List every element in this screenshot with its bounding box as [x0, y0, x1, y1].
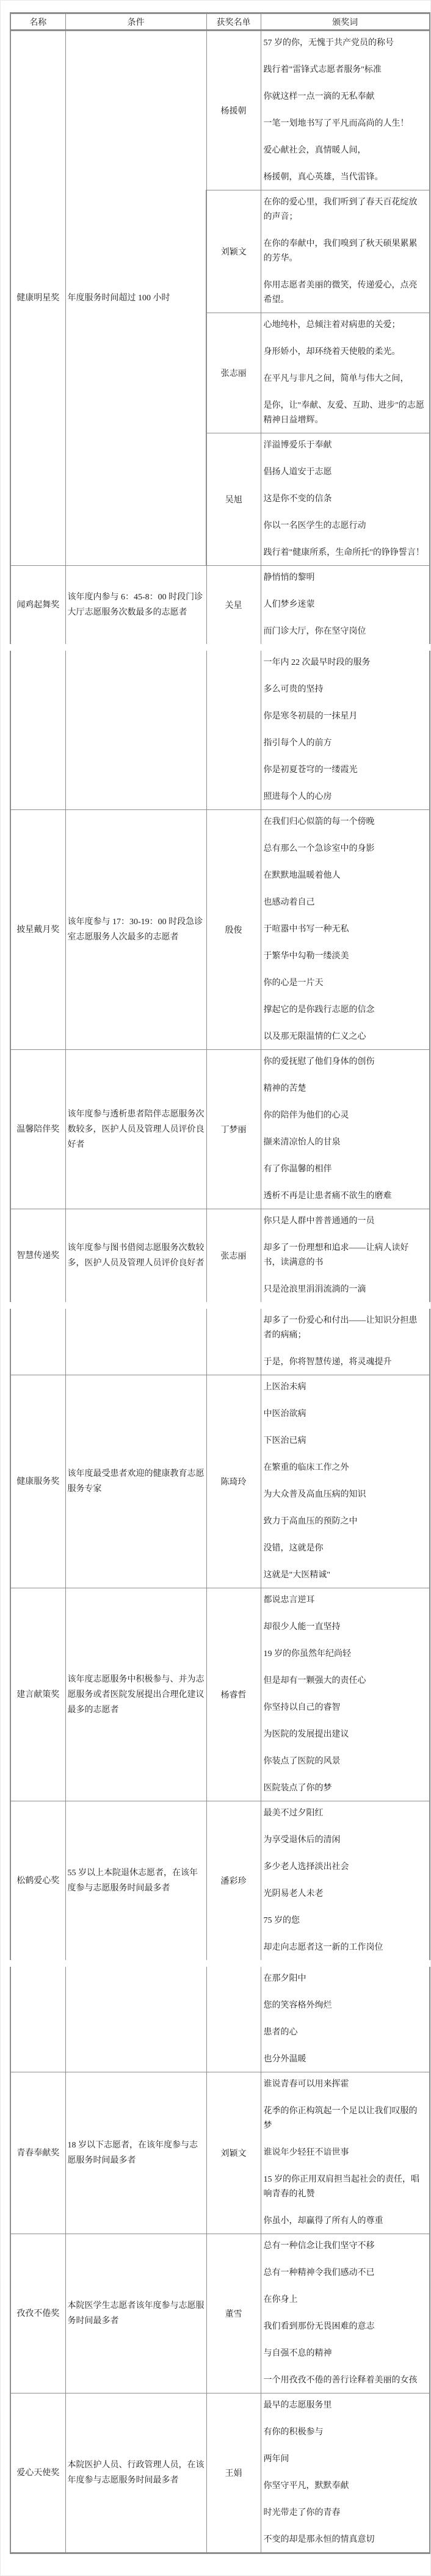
winner-name-cell: 陈琦玲 — [206, 1375, 261, 1588]
award-speech-cell: 静悄悄的黎明人们梦乡迷蒙而门诊大厅，你在坚守岗位 — [261, 566, 430, 645]
award-row-6: 健康服务奖 该年度最受患者欢迎的健康教育志愿服务专家 陈琦玲 上医治未病中医治欲… — [10, 1375, 430, 1588]
speech-line: 与自强不息的精神 — [264, 2346, 426, 2361]
winner-name-cell: 张志丽 — [206, 313, 261, 433]
award-row-2-continued: 一年内 22 次最早时段的服务多么可贵的坚持你是寒冬初晨的一抹星月指引每个人的前… — [10, 651, 430, 810]
award-condition-cell: 该年度参与 17：30-19：00 时段急诊室志愿服务人次最多的志愿者 — [65, 810, 206, 1050]
award-speech-cell: 最早的志愿服务里有你的积极参与两年间你坚守平凡，默默奉献时光带走了你的青春不变的… — [261, 2393, 430, 2553]
speech-line: 57 岁的你，无愧于共产党员的称号 — [264, 36, 426, 51]
award-name-cell-empty — [10, 651, 65, 810]
speech-line: 而门诊大厅，你在坚守岗位 — [264, 624, 426, 639]
speech-line: 一笔一划地书写了平凡而高尚的人生！ — [264, 117, 426, 131]
speech-line: 于喧嚣中书写一种无私 — [264, 922, 426, 937]
speech-line: 爱心献社会，真情暖人间， — [264, 143, 426, 158]
speech-line: 一个用孜孜不倦的善行诠释着美丽的女孩 — [264, 2373, 426, 2388]
speech-line: 只是沧浪里涓涓流淌的一滴 — [264, 1283, 426, 1297]
award-row-5-continued: 却多了一份爱心和付出——让知识分担患者的病痛；于是，你将智慧传递，将灵魂提升 — [10, 1309, 430, 1375]
award-row-10: 孜孜不倦奖 本院医学生志愿者该年度参与志愿服务时间最多者 董雪 总有一种信念让我… — [10, 2234, 430, 2393]
speech-line: 谁说青春可以用来挥霍 — [264, 2077, 426, 2092]
speech-line: 也分外温暖 — [264, 2052, 426, 2067]
award-condition-cell: 55 岁以上本院退休志愿者，在该年度参与志愿服务时间最多者 — [65, 1801, 206, 1961]
awards-table-page-1: 名称 条件 获奖名单 颁奖词 健康明星奖 年度服务时间超过 100 小时 杨援朝… — [10, 12, 430, 644]
speech-line: 心地纯朴，总倾注着对病患的关爱； — [264, 318, 426, 333]
speech-line: 15 岁的你正用双肩担当起社会的责任，唱响青春的礼赞 — [264, 2173, 426, 2202]
speech-line: 但是却有一颗强大的责任心 — [264, 1674, 426, 1688]
award-condition-cell: 该年度参与透析患者陪伴志愿服务次数较多，医护人员及管理人员评价良好者 — [65, 1050, 206, 1209]
award-speech-cell: 一年内 22 次最早时段的服务多么可贵的坚持你是寒冬初晨的一抹星月指引每个人的前… — [261, 651, 430, 810]
speech-line: 在你身上 — [264, 2293, 426, 2307]
award-name-cell-empty — [10, 1309, 65, 1375]
speech-line: 中医治欲病 — [264, 1407, 426, 1422]
speech-line: 静悄悄的黎明 — [264, 571, 426, 585]
award-condition-cell: 本院医学生志愿者该年度参与志愿服务时间最多者 — [65, 2234, 206, 2393]
award-speech-cell: 在你的爱心里，我们听到了春天百花绽放的声音；在你的奉献中，我们嗅到了秋天硕果累累… — [261, 190, 430, 313]
header-name-column: 名称 — [10, 13, 65, 31]
speech-line: 身形娇小，却环绕着天使般的柔光。 — [264, 345, 426, 360]
speech-line: 透析不再是让患者痛不欲生的磨难 — [264, 1189, 426, 1204]
speech-line: 一年内 22 次最早时段的服务 — [264, 656, 426, 670]
awards-table-page-2: 一年内 22 次最早时段的服务多么可贵的坚持你是寒冬初晨的一抹星月指引每个人的前… — [10, 651, 430, 1302]
winner-name-cell: 张志丽 — [206, 1209, 261, 1303]
speech-line: 75 岁的您 — [264, 1914, 426, 1928]
document-page: 名称 条件 获奖名单 颁奖词 健康明星奖 年度服务时间超过 100 小时 杨援朝… — [0, 0, 431, 2576]
award-name-cell: 青春奉献奖 — [10, 2072, 65, 2234]
award-condition-cell: 该年度参与图书借阅志愿服务次数较多，医护人员及管理人员评价良好者 — [65, 1209, 206, 1303]
speech-line: 不变的却是那永恒的情真意切 — [264, 2533, 426, 2547]
award-speech-cell: 总有一种信念让我们坚守不移总有一种精神令我们感动不已在你身上我们看到那份无畏困难… — [261, 2234, 430, 2393]
winner-name-cell: 刘颖文 — [206, 190, 261, 313]
speech-line: 指引每个人的前方 — [264, 736, 426, 751]
award-speech-cell: 都说忠言逆耳却很少人能一直坚持19 岁的你虽然年纪尚轻但是却有一颗强大的责任心你… — [261, 1588, 430, 1801]
award-name-cell: 智慧传递奖 — [10, 1209, 65, 1303]
winner-name-cell-empty — [206, 1309, 261, 1375]
speech-line: 倡扬人道安于志愿 — [264, 465, 426, 480]
speech-line: 为医院的发展提出建议 — [264, 1728, 426, 1742]
speech-line: 最早的志愿服务里 — [264, 2398, 426, 2413]
award-condition-cell-empty — [65, 1967, 206, 2072]
speech-line: 却很少人能一直坚持 — [264, 1620, 426, 1635]
speech-line: 你坚守平凡，默默奉献 — [264, 2479, 426, 2494]
award-speech-cell: 谁说青春可以用来挥霍花季的你正构筑起一个足以让我们叹服的梦谁说年少轻狂不谙世事1… — [261, 2072, 430, 2234]
award-name-cell: 温馨陪伴奖 — [10, 1050, 65, 1209]
speech-line: 有了你温馨的相伴 — [264, 1162, 426, 1177]
speech-line: 你装点了医院的风景 — [264, 1754, 426, 1769]
speech-line: 光阴易老人未老 — [264, 1887, 426, 1901]
award-speech-cell: 上医治未病中医治欲病下医治已病在繁重的临床工作之外为大众普及高血压病的知识致力于… — [261, 1375, 430, 1588]
award-speech-cell: 最美不过夕阳红为享受退休后的清闲多少老人选择淡出社会光阴易老人未老75 岁的您却… — [261, 1801, 430, 1961]
speech-line: 下医治已病 — [264, 1434, 426, 1449]
speech-line: 你是寒冬初晨的一抹星月 — [264, 709, 426, 724]
award-row-5: 智慧传递奖 该年度参与图书借阅志愿服务次数较多，医护人员及管理人员评价良好者 张… — [10, 1209, 430, 1303]
speech-line: 致力于高血压的预防之中 — [264, 1514, 426, 1529]
award-condition-cell: 18 岁以下志愿者，在该年度参与志愿服务时间最多者 — [65, 2072, 206, 2234]
speech-line: 杨援朝，真心英雄，当代雷锋。 — [264, 170, 426, 185]
winner-name-cell: 殷俊 — [206, 810, 261, 1050]
award-speech-cell: 你的爱抚慰了他们身体的创伤精神的苦楚你的陪伴为他们的心灵撷来清凉怡人的甘泉有了你… — [261, 1050, 430, 1209]
speech-line: 多少老人选择淡出社会 — [264, 1860, 426, 1875]
speech-line: 为大众普及高血压病的知识 — [264, 1488, 426, 1502]
award-row-8-continued: 在那夕阳中您的笑容格外绚烂患者的心也分外温暖 — [10, 1967, 430, 2072]
speech-line: 你以一名医学生的志愿行动 — [264, 519, 426, 534]
award-name-cell: 健康明星奖 — [10, 31, 65, 566]
speech-line: 照进每个人的心房 — [264, 790, 426, 805]
award-row-11: 爱心天使奖 本院医护人员、行政管理人员，在该年度参与志愿服务时间最多者 王娟 最… — [10, 2393, 430, 2553]
speech-line: 于是，你将智慧传递，将灵魂提升 — [264, 1355, 426, 1370]
speech-line: 践行着"健康所系，生命所托"的铮铮誓言！ — [264, 546, 426, 560]
award-condition-cell: 年度服务时间超过 100 小时 — [65, 31, 206, 566]
award-condition-cell-empty — [65, 651, 206, 810]
speech-line: 最美不过夕阳红 — [264, 1806, 426, 1821]
award-name-cell: 闻鸡起舞奖 — [10, 566, 65, 645]
speech-line: 在那夕阳中 — [264, 1972, 426, 1986]
winner-name-cell: 杨睿哲 — [206, 1588, 261, 1801]
speech-line: 却走向志愿者这一新的工作岗位 — [264, 1941, 426, 1955]
winner-name-cell: 潘彩珍 — [206, 1801, 261, 1961]
speech-line: 这是你不变的信条 — [264, 492, 426, 507]
award-name-cell: 松鹤爱心奖 — [10, 1801, 65, 1961]
award-name-cell: 孜孜不倦奖 — [10, 2234, 65, 2393]
speech-line: 践行着"雷锋式志愿者服务"标准 — [264, 63, 426, 78]
header-speech-column: 颁奖词 — [261, 13, 430, 31]
speech-line: 以及那无限温情的仁义之心 — [264, 1030, 426, 1044]
award-speech-cell: 在那夕阳中您的笑容格外绚烂患者的心也分外温暖 — [261, 1967, 430, 2072]
speech-line: 都说忠言逆耳 — [264, 1593, 426, 1608]
speech-line: 你的陪伴为他们的心灵 — [264, 1109, 426, 1123]
speech-line: 时光带走了你的青春 — [264, 2506, 426, 2520]
speech-line: 你是初夏苍穹的一缕霞光 — [264, 763, 426, 778]
speech-line: 上医治未病 — [264, 1380, 426, 1395]
award-name-cell: 披星戴月奖 — [10, 810, 65, 1050]
award-name-cell: 爱心天使奖 — [10, 2393, 65, 2553]
header-row: 名称 条件 获奖名单 颁奖词 — [10, 13, 430, 31]
award-condition-cell: 该年度最受患者欢迎的健康教育志愿服务专家 — [65, 1375, 206, 1588]
award-condition-cell: 该年度内参与 6：45-8：00 时段门诊大厅志愿服务次数最多的志愿者 — [65, 566, 206, 645]
speech-line: 两年间 — [264, 2452, 426, 2467]
award-row-7: 建言献策奖 该年度志愿服务中积极参与、并为志愿服务或者医院发展提出合理化建议最多… — [10, 1588, 430, 1801]
winner-name-cell: 刘颖文 — [206, 2072, 261, 2234]
speech-line: 我们看到那份无畏困难的意志 — [264, 2320, 426, 2334]
speech-line: 医院装点了你的梦 — [264, 1781, 426, 1796]
speech-line: 在你的奉献中，我们嗅到了秋天硕果累累的芳华。 — [264, 237, 426, 266]
speech-line: 人们梦乡迷蒙 — [264, 598, 426, 612]
speech-line: 却多了一份理想和追求——让病人读好书，读满意的书 — [264, 1241, 426, 1270]
winner-name-cell: 吴旭 — [206, 433, 261, 566]
header-winners-column: 获奖名单 — [206, 13, 261, 31]
awards-table-page-3: 却多了一份爱心和付出——让知识分担患者的病痛；于是，你将智慧传递，将灵魂提升 健… — [10, 1309, 430, 1960]
speech-line: 你就这样一点一滴的无私奉献 — [264, 90, 426, 104]
award-condition-cell: 本院医护人员、行政管理人员，在该年度参与志愿服务时间最多者 — [65, 2393, 206, 2553]
speech-line: 于繁华中勾勒一缕淡美 — [264, 949, 426, 964]
speech-line: 也感动着自己 — [264, 895, 426, 910]
speech-line: 撑起它的是你践行志愿的信念 — [264, 1003, 426, 1018]
award-condition-cell-empty — [65, 1309, 206, 1375]
speech-line: 为享受退休后的清闲 — [264, 1833, 426, 1848]
speech-line: 撷来清凉怡人的甘泉 — [264, 1135, 426, 1150]
award-name-cell: 健康服务奖 — [10, 1375, 65, 1588]
speech-line: 谁说年少轻狂不谙世事 — [264, 2146, 426, 2160]
speech-line: 这就是"大医精诚" — [264, 1568, 426, 1583]
speech-line: 你的爱抚慰了他们身体的创伤 — [264, 1055, 426, 1069]
speech-line: 却多了一份爱心和付出——让知识分担患者的病痛； — [264, 1314, 426, 1343]
winner-name-cell-empty — [206, 1967, 261, 2072]
winner-name-cell: 丁梦丽 — [206, 1050, 261, 1209]
award-row-9: 青春奉献奖 18 岁以下志愿者，在该年度参与志愿服务时间最多者 刘颖文 谁说青春… — [10, 2072, 430, 2234]
award-name-cell-empty — [10, 1967, 65, 2072]
speech-line: 多么可贵的坚持 — [264, 682, 426, 697]
award-speech-cell: 洋溢博爱乐于奉献倡扬人道安于志愿这是你不变的信条你以一名医学生的志愿行动践行着"… — [261, 433, 430, 566]
header-condition-column: 条件 — [65, 13, 206, 31]
award-row-2: 闻鸡起舞奖 该年度内参与 6：45-8：00 时段门诊大厅志愿服务次数最多的志愿… — [10, 566, 430, 645]
awards-table-page-4: 在那夕阳中您的笑容格外绚烂患者的心也分外温暖 青春奉献奖 18 岁以下志愿者，在… — [10, 1967, 430, 2554]
speech-line: 19 岁的你虽然年纪尚轻 — [264, 1647, 426, 1662]
award-condition-cell: 该年度志愿服务中积极参与、并为志愿服务或者医院发展提出合理化建议最多的志愿者 — [65, 1588, 206, 1801]
award-row-4: 温馨陪伴奖 该年度参与透析患者陪伴志愿服务次数较多，医护人员及管理人员评价良好者… — [10, 1050, 430, 1209]
award-speech-cell: 在我们归心似箭的每一个傍晚总有那么一个急诊室中的身影在默默地温暖着他人也感动着自… — [261, 810, 430, 1050]
speech-line: 在默默地温暖着他人 — [264, 869, 426, 883]
award-speech-cell: 你只是人群中普普通通的一员却多了一份理想和追求——让病人读好书，读满意的书只是沧… — [261, 1209, 430, 1303]
award-speech-cell: 心地纯朴，总倾注着对病患的关爱；身形娇小，却环绕着天使般的柔光。在平凡与非凡之间… — [261, 313, 430, 433]
award-row-8: 松鹤爱心奖 55 岁以上本院退休志愿者，在该年度参与志愿服务时间最多者 潘彩珍 … — [10, 1801, 430, 1961]
award-row-1: 健康明星奖 年度服务时间超过 100 小时 杨援朝 57 岁的你，无愧于共产党员… — [10, 31, 430, 190]
speech-line: 没错，这就是你 — [264, 1541, 426, 1556]
speech-line: 总有一种精神令我们感动不已 — [264, 2266, 426, 2281]
speech-line: 总有那么一个急诊室中的身影 — [264, 842, 426, 856]
speech-line: 在繁重的临床工作之外 — [264, 1461, 426, 1475]
speech-line: 你的心是一片天 — [264, 976, 426, 991]
award-speech-cell: 57 岁的你，无愧于共产党员的称号践行着"雷锋式志愿者服务"标准你就这样一点一滴… — [261, 31, 430, 190]
speech-line: 患者的心 — [264, 2025, 426, 2040]
speech-line: 你虽小，却赢得了所有人的尊重 — [264, 2214, 426, 2229]
speech-line: 精神的苦楚 — [264, 1082, 426, 1096]
speech-line: 你坚持以自己的睿智 — [264, 1701, 426, 1715]
speech-line: 你用志愿者美丽的微笑，传递爱心，点亮希望。 — [264, 278, 426, 308]
speech-line: 您的笑容格外绚烂 — [264, 1999, 426, 2013]
speech-line: 在你的爱心里，我们听到了春天百花绽放的声音； — [264, 195, 426, 225]
award-name-cell: 建言献策奖 — [10, 1588, 65, 1801]
award-row-3: 披星戴月奖 该年度参与 17：30-19：00 时段急诊室志愿服务人次最多的志愿… — [10, 810, 430, 1050]
speech-line: 有你的积极参与 — [264, 2425, 426, 2440]
speech-line: 在平凡与非凡之间，简单与伟大之间， — [264, 372, 426, 386]
speech-line: 在我们归心似箭的每一个傍晚 — [264, 815, 426, 830]
speech-line: 总有一种信念让我们坚守不移 — [264, 2239, 426, 2254]
speech-line: 花季的你正构筑起一个足以让我们叹服的梦 — [264, 2104, 426, 2133]
speech-line: 是你，让"奉献、友爱、互助、进步"的志愿精神日益增辉。 — [264, 399, 426, 428]
winner-name-cell: 杨援朝 — [206, 31, 261, 190]
award-speech-cell: 却多了一份爱心和付出——让知识分担患者的病痛；于是，你将智慧传递，将灵魂提升 — [261, 1309, 430, 1375]
speech-line: 你只是人群中普普通通的一员 — [264, 1214, 426, 1229]
winner-name-cell: 王娟 — [206, 2393, 261, 2553]
winner-name-cell: 关星 — [206, 566, 261, 645]
speech-line: 洋溢博爱乐于奉献 — [264, 438, 426, 453]
winner-name-cell-empty — [206, 651, 261, 810]
winner-name-cell: 董雪 — [206, 2234, 261, 2393]
